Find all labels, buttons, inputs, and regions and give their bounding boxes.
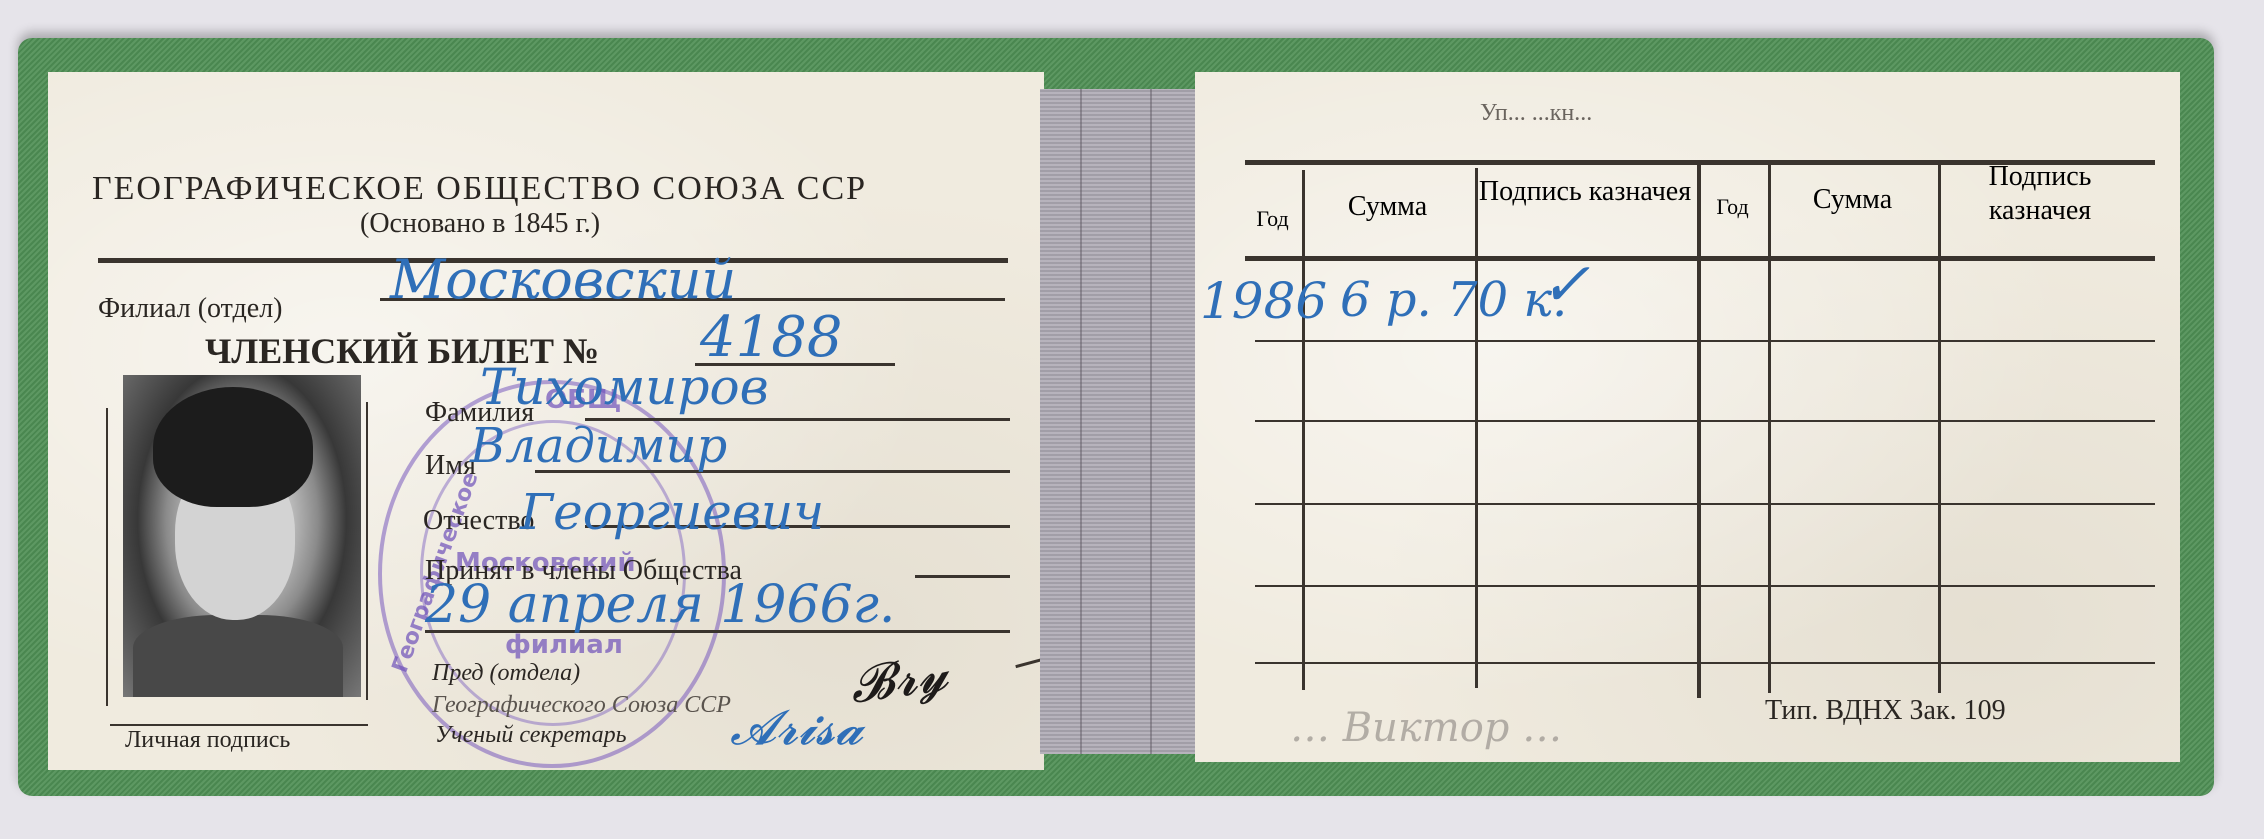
col-header-year-2: Год xyxy=(1700,190,1765,224)
col-header-signature-2: Подпись казначея xyxy=(1940,160,2140,228)
col-header-amount-2: Сумма xyxy=(1770,183,1935,217)
row-line-1 xyxy=(1255,340,2155,342)
row-line-3 xyxy=(1255,503,2155,505)
treasurer-signature: ✓ xyxy=(1540,250,1590,320)
row-line-5 xyxy=(1255,662,2155,664)
founded-note: (Основано в 1845 г.) xyxy=(360,208,600,240)
member-photo xyxy=(123,375,361,697)
personal-signature-label: Личная подпись xyxy=(125,727,290,754)
branch-value: Московский xyxy=(390,248,736,311)
pencil-note: … Виктор … xyxy=(1290,705,1562,751)
col-divider-2 xyxy=(1475,168,1478,688)
secretary-signature: 𝓐𝓻𝓲𝓼𝓪 xyxy=(730,700,863,757)
dues-amount: 6 р. 70 к. xyxy=(1340,272,1567,328)
first-name-label: Имя xyxy=(425,450,476,482)
printer-mark: Тип. ВДНХ Зак. 109 xyxy=(1765,695,2006,727)
photo-sweater xyxy=(133,615,343,697)
admitted-line xyxy=(915,575,1010,578)
first-name-value: Владимир xyxy=(470,418,727,474)
booklet-spine xyxy=(1040,89,1195,754)
row-line-4 xyxy=(1255,585,2155,587)
col-divider-4 xyxy=(1768,163,1771,693)
branch-label: Филиал (отдел) xyxy=(98,293,283,325)
dues-year-1986: 1986 xyxy=(1200,272,1327,330)
patronymic-value: Георгиевич xyxy=(520,483,824,541)
col-divider-1 xyxy=(1302,170,1305,690)
faded-heading: Уп... ...кн... xyxy=(1480,100,1592,127)
surname-value: Тихомиров xyxy=(480,358,769,416)
photo-frame-right xyxy=(366,402,368,700)
col-header-signature-1: Подпись казначея xyxy=(1475,175,1695,209)
photo-hair xyxy=(153,387,313,507)
photo-frame-left xyxy=(106,408,108,706)
society-label: Географического Союза ССР xyxy=(432,692,731,719)
admitted-date-value: 29 апреля 1966г. xyxy=(425,575,895,635)
row-line-2 xyxy=(1255,420,2155,422)
organization-name: ГЕОГРАФИЧЕСКОЕ ОБЩЕСТВО СОЮЗА ССР xyxy=(92,170,867,208)
col-divider-3 xyxy=(1697,163,1701,698)
patronymic-label: Отчество xyxy=(423,505,534,537)
chairman-label: Пред (отдела) xyxy=(432,660,580,687)
col-header-amount-1: Сумма xyxy=(1305,190,1470,224)
secretary-label: Ученый секретарь xyxy=(435,722,627,749)
col-header-year-1: Год xyxy=(1245,202,1300,236)
col-divider-5 xyxy=(1938,163,1941,693)
signature-line xyxy=(110,724,368,726)
